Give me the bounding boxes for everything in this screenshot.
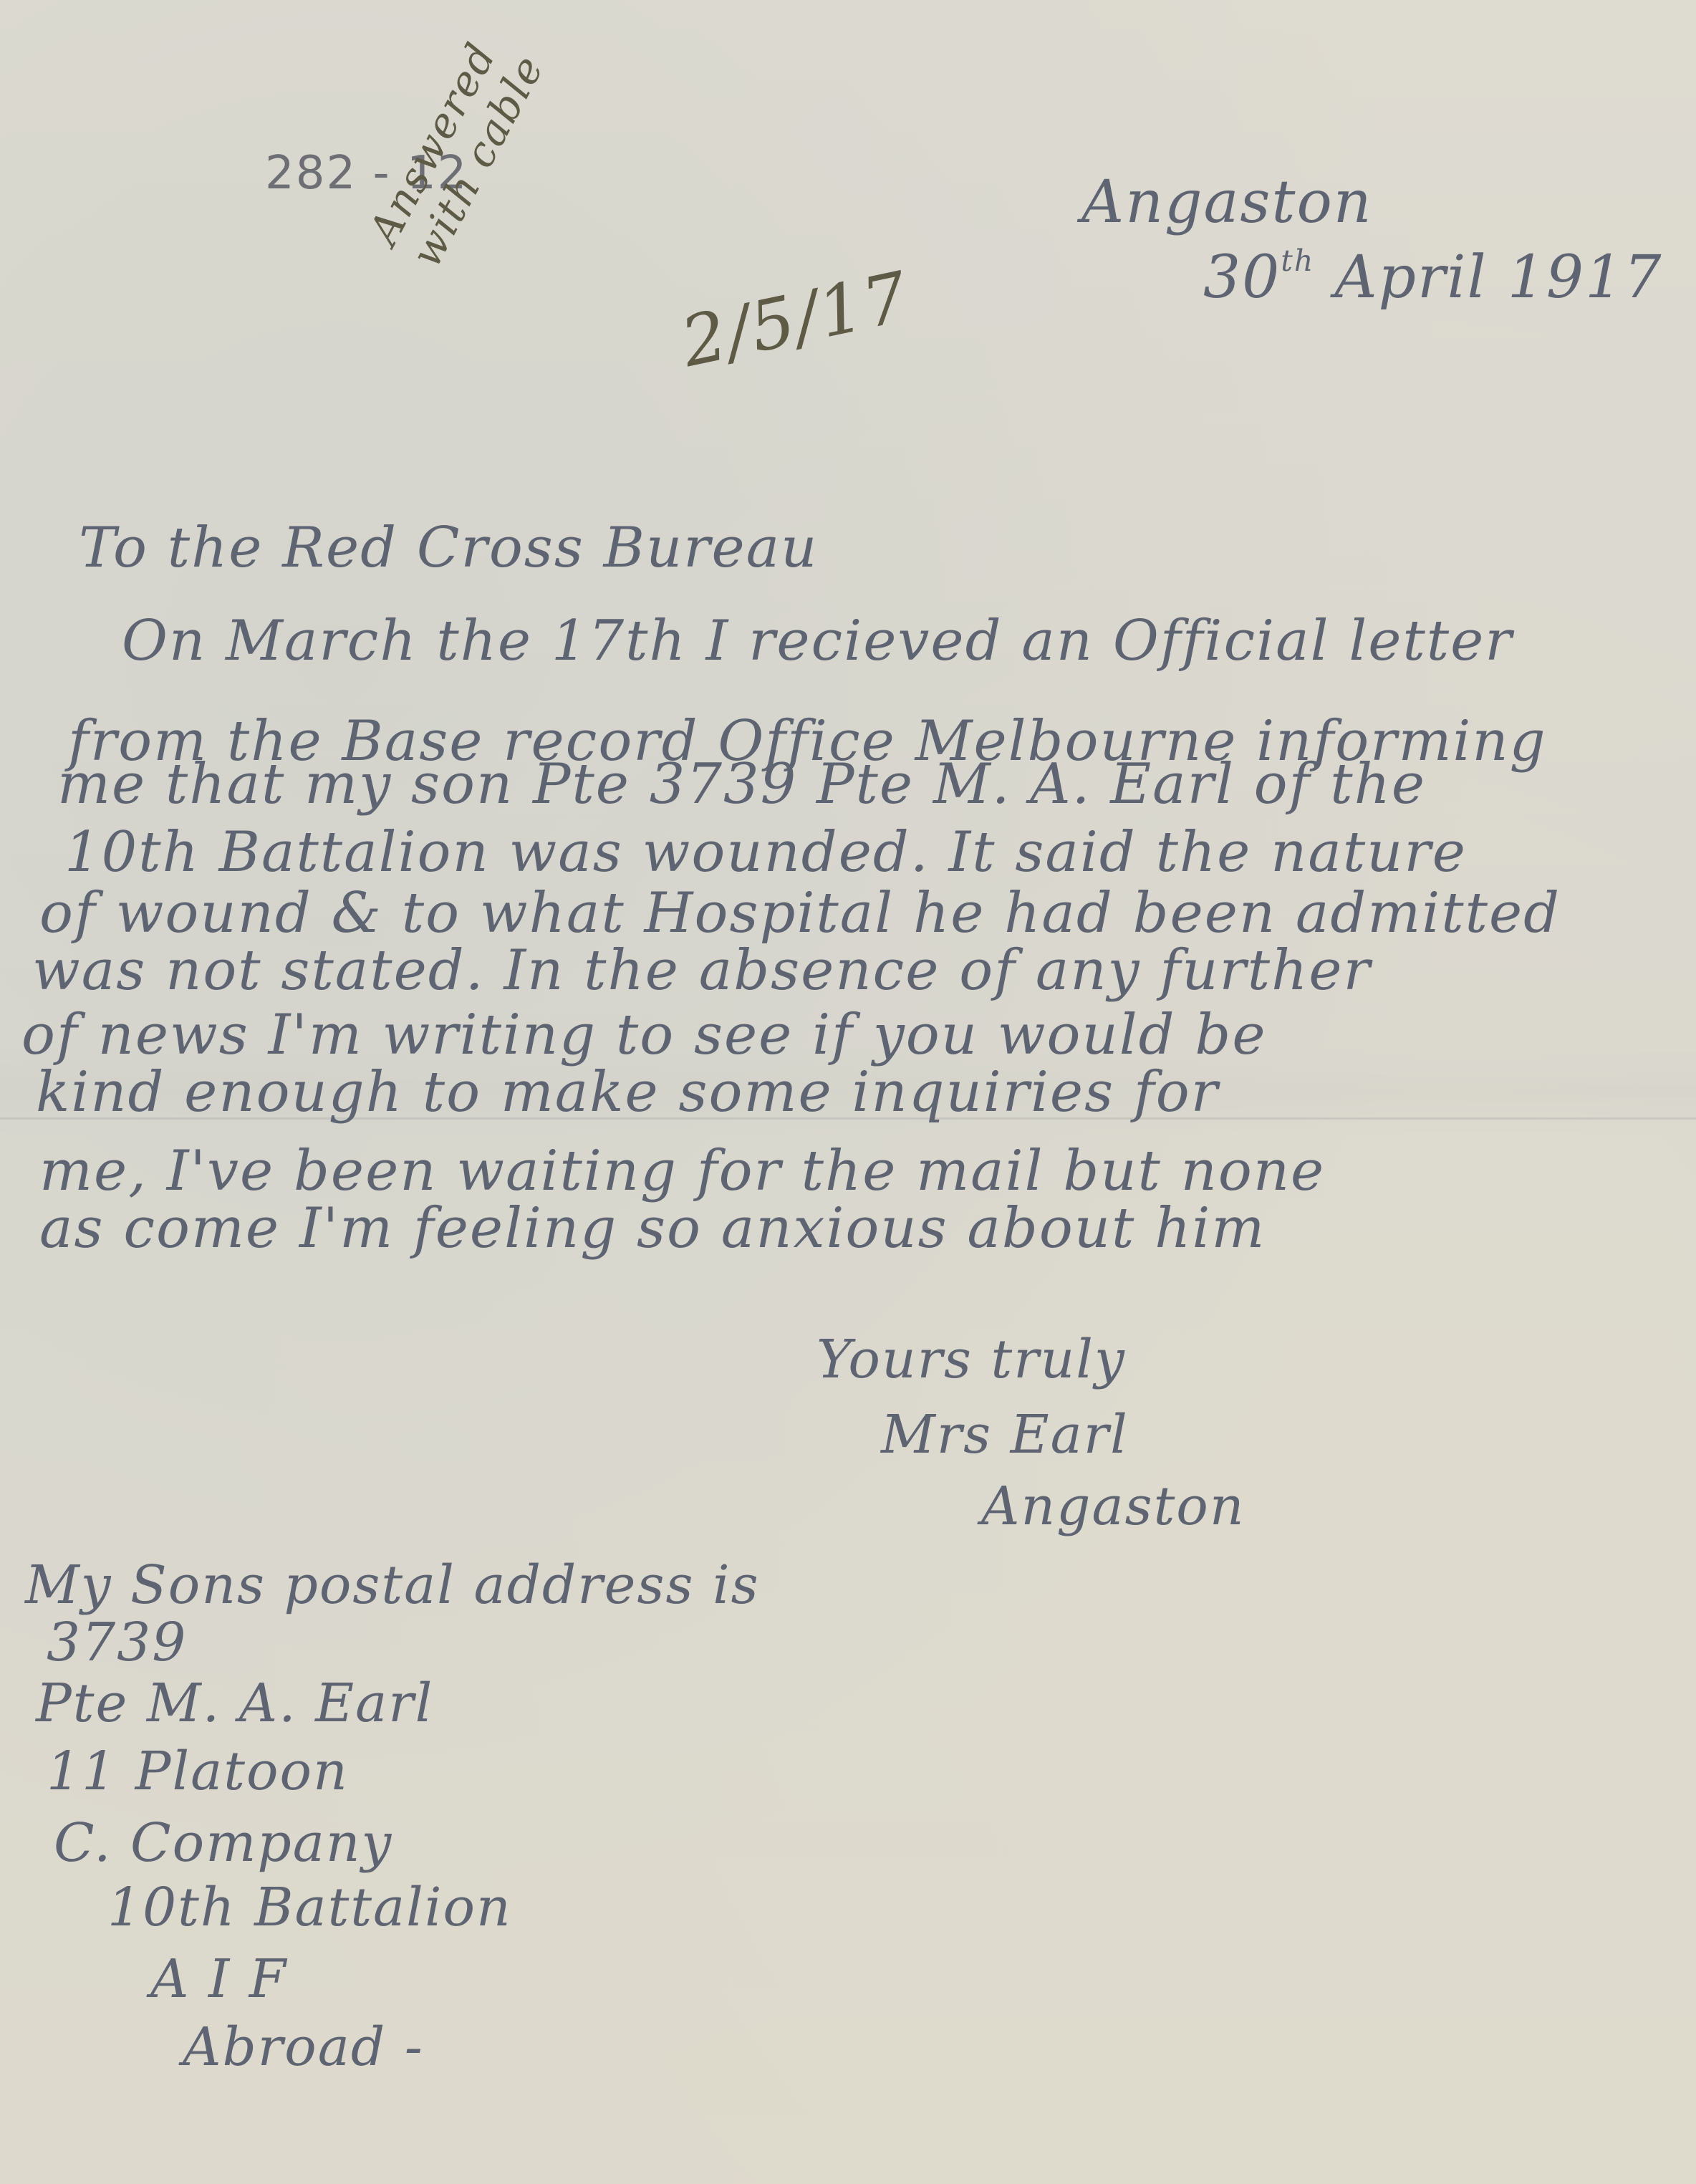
- postscript-intro: My Sons postal address is: [25, 1554, 760, 1616]
- date-rest: April 1917: [1334, 244, 1662, 312]
- body-line: 10th Battalion was wounded. It said the …: [64, 820, 1467, 885]
- body-line: me that my son Pte 3739 Pte M. A. Earl o…: [57, 752, 1426, 817]
- header-place: Angaston: [1081, 168, 1373, 236]
- body-line: of news I'm writing to see if you would …: [21, 1003, 1267, 1067]
- address-line: Pte M. A. Earl: [36, 1673, 433, 1734]
- date-day: 30: [1203, 244, 1281, 312]
- address-line: 3739: [47, 1612, 187, 1673]
- salutation: To the Red Cross Bureau: [79, 516, 818, 580]
- address-line: Abroad -: [183, 2016, 424, 2078]
- signature: Mrs Earl: [881, 1404, 1129, 1466]
- body-line: was not stated. In the absence of any fu…: [32, 938, 1372, 1003]
- valediction: Yours truly: [816, 1329, 1126, 1390]
- body-line: as come I'm feeling so anxious about him: [39, 1196, 1266, 1261]
- address-line: A I F: [150, 1948, 287, 2010]
- body-line: On March the 17th I recieved an Official…: [122, 609, 1513, 673]
- address-line: 10th Battalion: [107, 1877, 512, 1938]
- address-line: 11 Platoon: [47, 1741, 349, 1802]
- body-line: me, I've been waiting for the mail but n…: [39, 1139, 1325, 1203]
- closing-place: Angaston: [981, 1476, 1245, 1537]
- body-line: of wound & to what Hospital he had been …: [39, 881, 1561, 946]
- body-line: kind enough to make some inquiries for: [36, 1060, 1219, 1125]
- date-suffix: th: [1281, 244, 1314, 278]
- header-date: 30th April 1917: [1203, 244, 1662, 312]
- address-line: C. Company: [54, 1812, 392, 1874]
